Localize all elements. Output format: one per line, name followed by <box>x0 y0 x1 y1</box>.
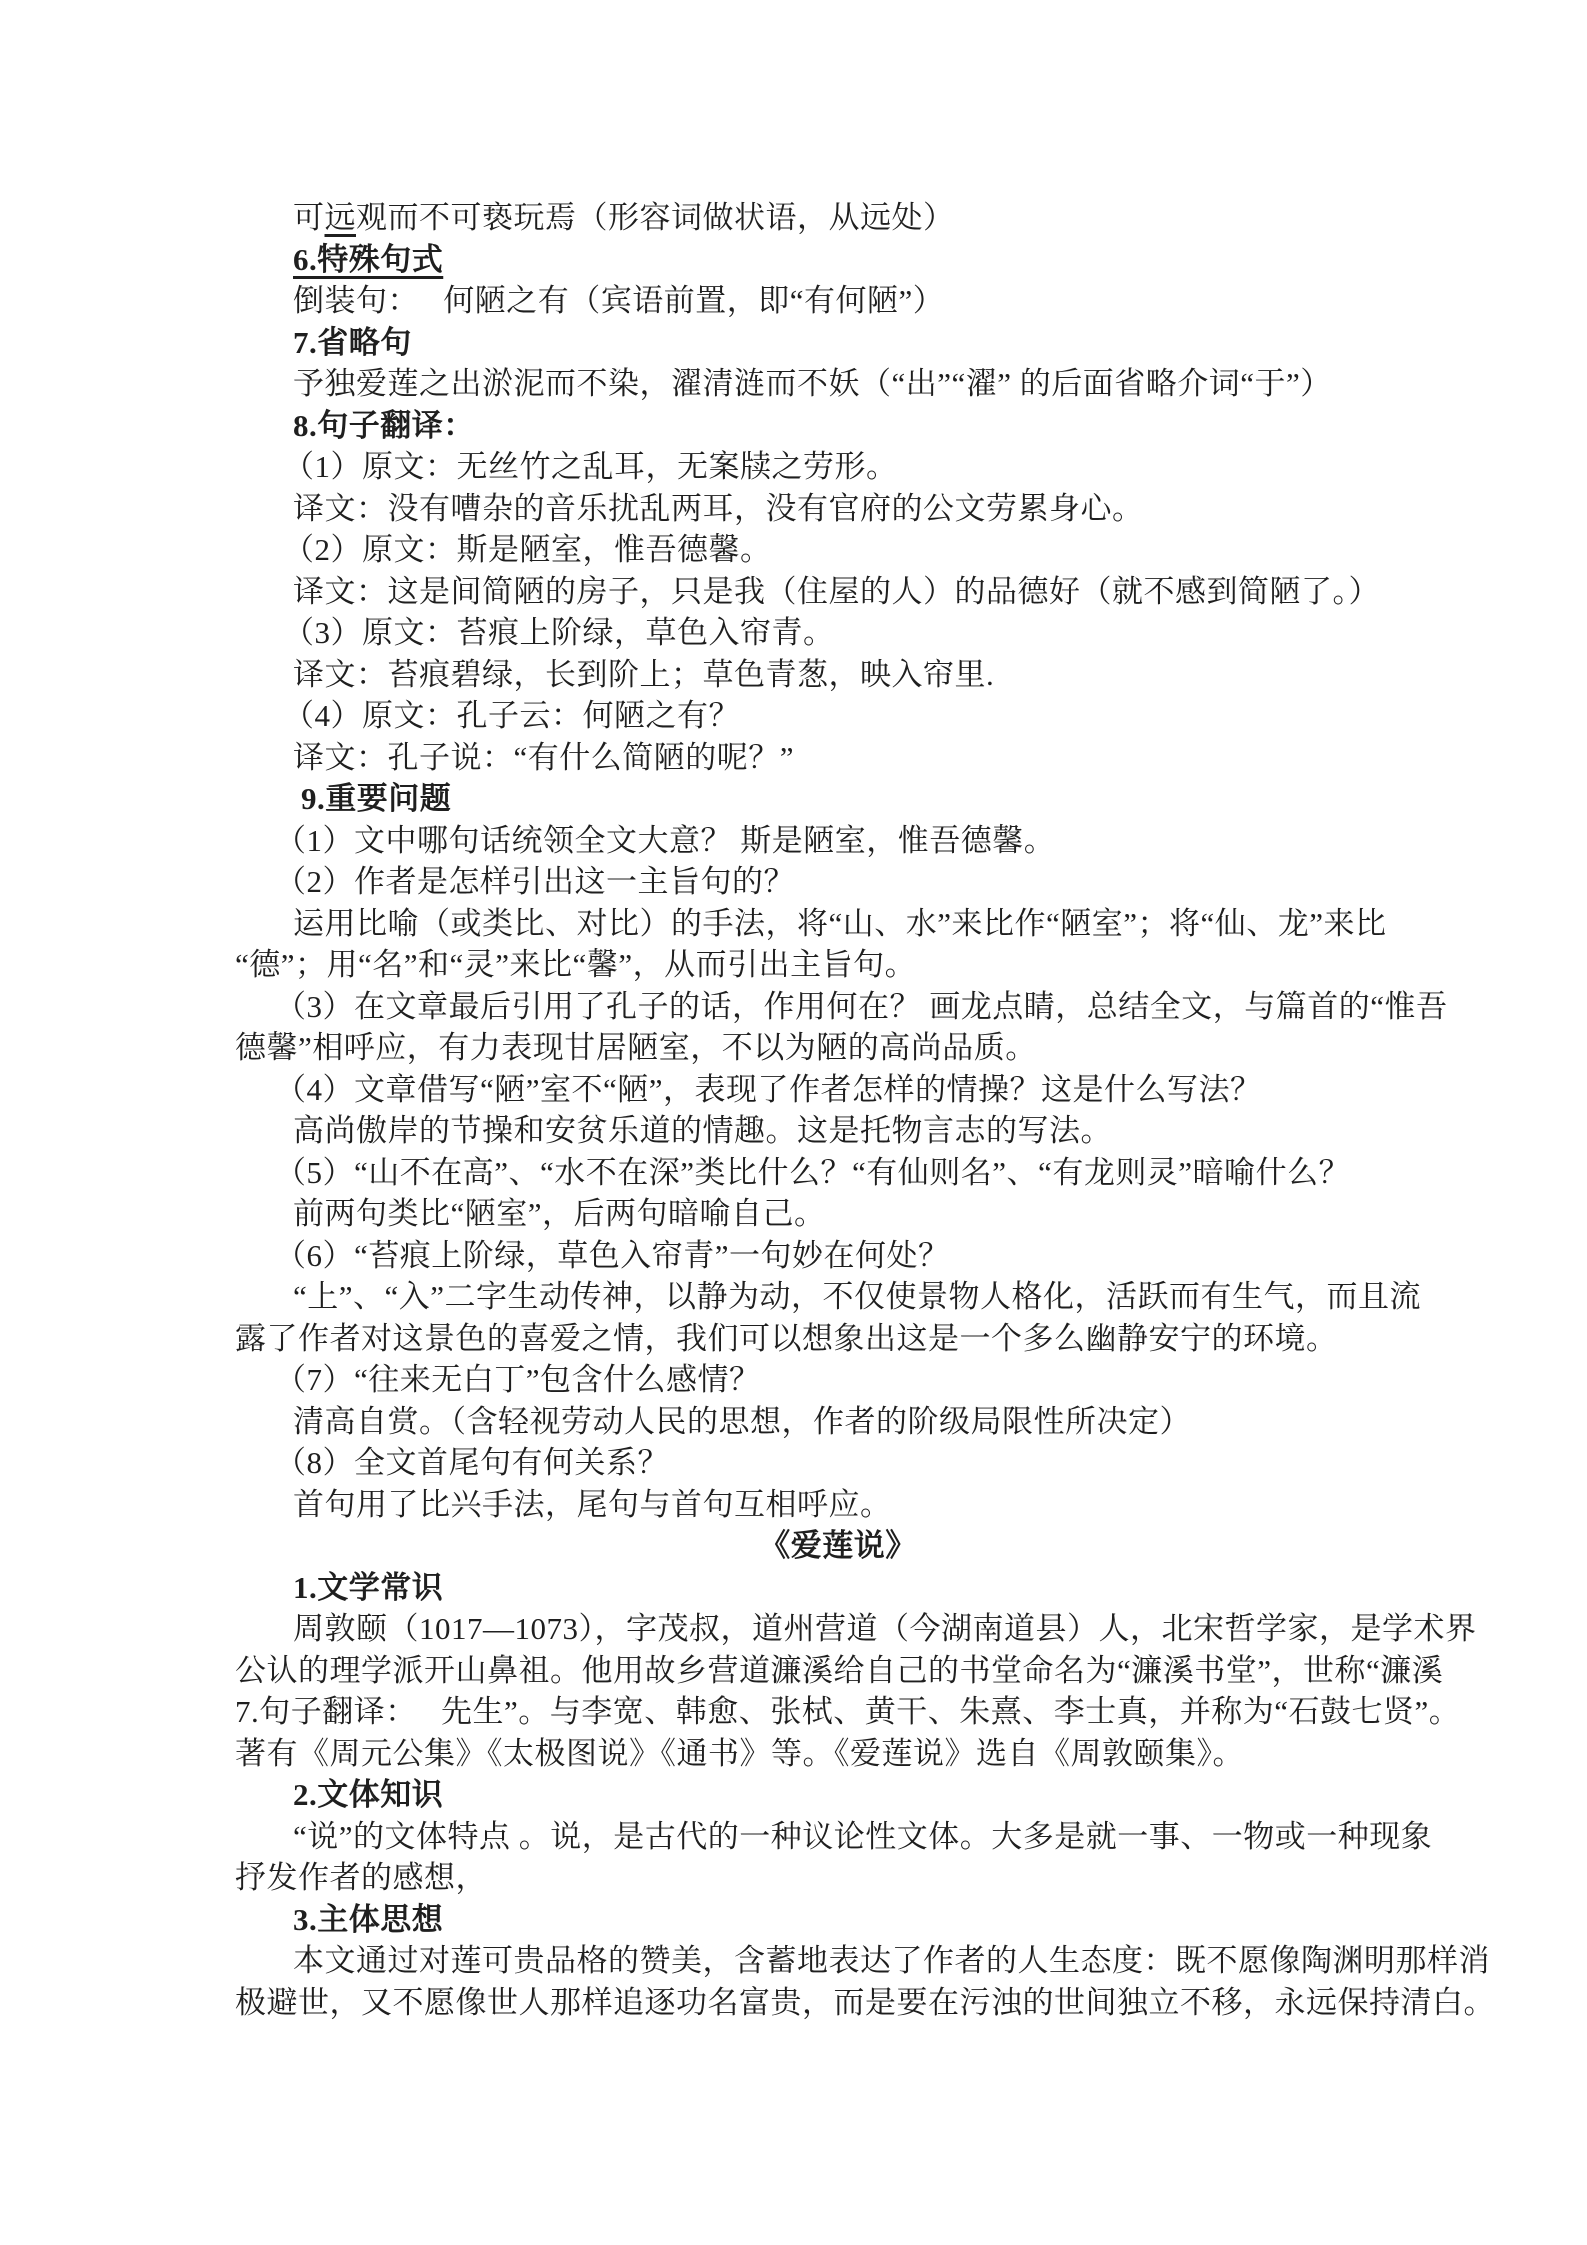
text-run: 前两句类比“陋室”，后两句暗喻自己。 <box>293 1196 826 1231</box>
text-line-23: 高尚傲岸的节操和安贫乐道的情趣。这是托物言志的写法。 <box>235 1110 1385 1152</box>
text-line-25: 前两句类比“陋室”，后两句暗喻自己。 <box>235 1193 1385 1235</box>
text-run: （8）全文首尾句有何关系？ <box>275 1445 669 1480</box>
text-line-33: 《爱莲说》 <box>235 1525 1385 1567</box>
text-line-28: 露了作者对这景色的喜爱之情，我们可以想象出这是一个多么幽静安宁的环境。 <box>235 1318 1385 1360</box>
text-line-30: 清高自赏。（含轻视劳动人民的思想，作者的阶级局限性所决定） <box>235 1401 1385 1443</box>
text-line-5: 予独爱莲之出淤泥而不染，濯清涟而不妖（“出”“濯” 的后面省略介词“于”） <box>235 363 1385 405</box>
text-line-38: 著有《周元公集》《太极图说》《通书》等。《爱莲说》选自《周敦颐集》。 <box>235 1733 1385 1775</box>
text-line-39: 2.文体知识 <box>235 1774 1385 1816</box>
text-run: （7）“往来无白丁”包含什么感情？ <box>275 1362 761 1397</box>
text-run: 观而不可亵玩焉（形容词做状语，从远处） <box>356 200 955 235</box>
text-line-26: （6）“苔痕上阶绿，草色入帘青”一句妙在何处？ <box>235 1235 1385 1277</box>
text-run: 周敦颐（1017—1073），字茂叔，道州营道（今湖南道县）人，北宋哲学家，是学… <box>293 1611 1477 1646</box>
text-run: 译文：孔子说：“有什么简陋的呢？” <box>293 740 794 775</box>
text-run: 极避世，又不愿像世人那样追逐功名富贵，而是要在污浊的世间独立不移，永远保持清白。 <box>235 1985 1495 2020</box>
text-run: 倒装句： 何陋之有（宾语前置，即“有何陋”） <box>293 283 944 318</box>
text-line-13: （4）原文：孔子云：何陋之有？ <box>235 695 1385 737</box>
text-line-42: 3.主体思想 <box>235 1899 1385 1941</box>
text-line-16: （1）文中哪句话统领全文大意？ 斯是陋室，惟吾德馨。 <box>235 820 1385 862</box>
text-line-12: 译文：苔痕碧绿，长到阶上；草色青葱，映入帘里. <box>235 654 1385 696</box>
heading-text: 7.省略句 <box>293 325 412 360</box>
text-run: 可 <box>293 200 325 235</box>
text-line-2: 6.特殊句式 <box>235 239 1385 281</box>
text-line-18: 运用比喻（或类比、对比）的手法，将“山、水”来比作“陋室”；将“仙、龙”来比 <box>235 903 1385 945</box>
text-line-19: “德”；用“名”和“灵”来比“馨”，从而引出主旨句。 <box>235 944 1385 986</box>
text-run: 译文：这是间简陋的房子，只是我（住屋的人）的品德好（就不感到简陋了。） <box>293 574 1380 609</box>
text-run: （2）作者是怎样引出这一主旨句的？ <box>275 864 795 899</box>
text-run: （3）原文：苔痕上阶绿，草色入帘青。 <box>283 615 835 650</box>
text-line-34: 1.文学常识 <box>235 1567 1385 1609</box>
text-line-24: （5）“山不在高”、“水不在深”类比什么？“有仙则名”、“有龙则灵”暗喻什么？ <box>235 1152 1385 1194</box>
text-run: 露了作者对这景色的喜爱之情，我们可以想象出这是一个多么幽静安宁的环境。 <box>235 1321 1338 1356</box>
text-line-17: （2）作者是怎样引出这一主旨句的？ <box>235 861 1385 903</box>
text-line-35: 周敦颐（1017—1073），字茂叔，道州营道（今湖南道县）人，北宋哲学家，是学… <box>235 1608 1385 1650</box>
heading-text: 8.句子翻译： <box>293 408 475 443</box>
text-line-20: （3）在文章最后引用了孔子的话，作用何在？ 画龙点睛，总结全文，与篇首的“惟吾 <box>235 986 1385 1028</box>
text-run: 公认的理学派开山鼻祖。他用故乡营道濂溪给自己的书堂命名为“濂溪书堂”，世称“濂溪 <box>235 1653 1443 1688</box>
text-line-40: “说”的文体特点 。说，是古代的一种议论性文体。大多是就一事、一物或一种现象 <box>235 1816 1385 1858</box>
heading-text: 1.文学常识 <box>293 1570 443 1605</box>
text-line-10: 译文：这是间简陋的房子，只是我（住屋的人）的品德好（就不感到简陋了。） <box>235 571 1385 613</box>
text-run: （5）“山不在高”、“水不在深”类比什么？“有仙则名”、“有龙则灵”暗喻什么？ <box>275 1155 1350 1190</box>
text-line-32: 首句用了比兴手法，尾句与首句互相呼应。 <box>235 1484 1385 1526</box>
text-run: 抒发作者的感想， <box>235 1860 487 1895</box>
text-line-3: 倒装句： 何陋之有（宾语前置，即“有何陋”） <box>235 280 1385 322</box>
text-line-41: 抒发作者的感想， <box>235 1857 1385 1899</box>
text-line-14: 译文：孔子说：“有什么简陋的呢？” <box>235 737 1385 779</box>
text-run: （3）在文章最后引用了孔子的话，作用何在？ 画龙点睛，总结全文，与篇首的“惟吾 <box>275 989 1448 1024</box>
text-line-37: 7.句子翻译： 先生”。与李宽、韩愈、张栻、黄干、朱熹、李士真，并称为“石鼓七贤… <box>235 1691 1385 1733</box>
underlined-text: 远 <box>325 200 357 235</box>
heading-text: 3.主体思想 <box>293 1902 443 1937</box>
text-line-15: 9.重要问题 <box>235 778 1385 820</box>
text-run: 予独爱莲之出淤泥而不染，濯清涟而不妖（“出”“濯” 的后面省略介词“于”） <box>293 366 1332 401</box>
text-run: 著有《周元公集》《太极图说》《通书》等。《爱莲说》选自《周敦颐集》。 <box>235 1736 1244 1771</box>
text-run: 运用比喻（或类比、对比）的手法，将“山、水”来比作“陋室”；将“仙、龙”来比 <box>293 906 1387 941</box>
text-line-29: （7）“往来无白丁”包含什么感情？ <box>235 1359 1385 1401</box>
text-run: （2）原文：斯是陋室，惟吾德馨。 <box>283 532 772 567</box>
text-run: （6）“苔痕上阶绿，草色入帘青”一句妙在何处？ <box>275 1238 950 1273</box>
text-line-22: （4）文章借写“陋”室不“陋”，表现了作者怎样的情操？这是什么写法？ <box>235 1069 1385 1111</box>
text-line-4: 7.省略句 <box>235 322 1385 364</box>
text-line-44: 极避世，又不愿像世人那样追逐功名富贵，而是要在污浊的世间独立不移，永远保持清白。 <box>235 1982 1385 2024</box>
text-run: （1）文中哪句话统领全文大意？ 斯是陋室，惟吾德馨。 <box>275 823 1055 858</box>
text-run: 本文通过对莲可贵品格的赞美，含蓄地表达了作者的人生态度：既不愿像陶渊明那样消 <box>293 1943 1490 1978</box>
text-line-36: 公认的理学派开山鼻祖。他用故乡营道濂溪给自己的书堂命名为“濂溪书堂”，世称“濂溪 <box>235 1650 1385 1692</box>
text-run: 清高自赏。（含轻视劳动人民的思想，作者的阶级局限性所决定） <box>293 1404 1191 1439</box>
text-line-7: （1）原文：无丝竹之乱耳，无案牍之劳形。 <box>235 446 1385 488</box>
text-line-6: 8.句子翻译： <box>235 405 1385 447</box>
text-run: 德馨”相呼应，有力表现甘居陋室，不以为陋的高尚品质。 <box>235 1030 1037 1065</box>
text-run: “德”；用“名”和“灵”来比“馨”，从而引出主旨句。 <box>235 947 916 982</box>
document-page: 可远观而不可亵玩焉（形容词做状语，从远处）6.特殊句式倒装句： 何陋之有（宾语前… <box>0 0 1587 2245</box>
document-text: 可远观而不可亵玩焉（形容词做状语，从远处）6.特殊句式倒装句： 何陋之有（宾语前… <box>235 197 1385 2023</box>
text-run: “上”、“入”二字生动传神，以静为动，不仅使景物人格化，活跃而有生气，而且流 <box>293 1279 1421 1314</box>
text-run: 译文：没有嘈杂的音乐扰乱两耳，没有官府的公文劳累身心。 <box>293 491 1144 526</box>
text-run: （4）原文：孔子云：何陋之有？ <box>283 698 740 733</box>
text-line-8: 译文：没有嘈杂的音乐扰乱两耳，没有官府的公文劳累身心。 <box>235 488 1385 530</box>
text-run: “说”的文体特点 。说，是古代的一种议论性文体。大多是就一事、一物或一种现象 <box>293 1819 1432 1854</box>
heading-text: 9.重要问题 <box>301 781 451 816</box>
heading-text: 《爱莲说》 <box>759 1528 917 1563</box>
text-run: （4）文章借写“陋”室不“陋”，表现了作者怎样的情操？这是什么写法？ <box>275 1072 1262 1107</box>
text-line-9: （2）原文：斯是陋室，惟吾德馨。 <box>235 529 1385 571</box>
underlined-text: 6.特殊句式 <box>293 242 443 277</box>
text-line-1: 可远观而不可亵玩焉（形容词做状语，从远处） <box>235 197 1385 239</box>
heading-text: 2.文体知识 <box>293 1777 443 1812</box>
text-line-11: （3）原文：苔痕上阶绿，草色入帘青。 <box>235 612 1385 654</box>
text-run: （1）原文：无丝竹之乱耳，无案牍之劳形。 <box>283 449 898 484</box>
text-run: 7.句子翻译： 先生”。与李宽、韩愈、张栻、黄干、朱熹、李士真，并称为“石鼓七贤… <box>235 1694 1460 1729</box>
text-run: 译文：苔痕碧绿，长到阶上；草色青葱，映入帘里. <box>293 657 994 692</box>
text-line-21: 德馨”相呼应，有力表现甘居陋室，不以为陋的高尚品质。 <box>235 1027 1385 1069</box>
text-line-31: （8）全文首尾句有何关系？ <box>235 1442 1385 1484</box>
text-run: 首句用了比兴手法，尾句与首句互相呼应。 <box>293 1487 892 1522</box>
text-line-43: 本文通过对莲可贵品格的赞美，含蓄地表达了作者的人生态度：既不愿像陶渊明那样消 <box>235 1940 1385 1982</box>
text-line-27: “上”、“入”二字生动传神，以静为动，不仅使景物人格化，活跃而有生气，而且流 <box>235 1276 1385 1318</box>
text-run: 高尚傲岸的节操和安贫乐道的情趣。这是托物言志的写法。 <box>293 1113 1112 1148</box>
